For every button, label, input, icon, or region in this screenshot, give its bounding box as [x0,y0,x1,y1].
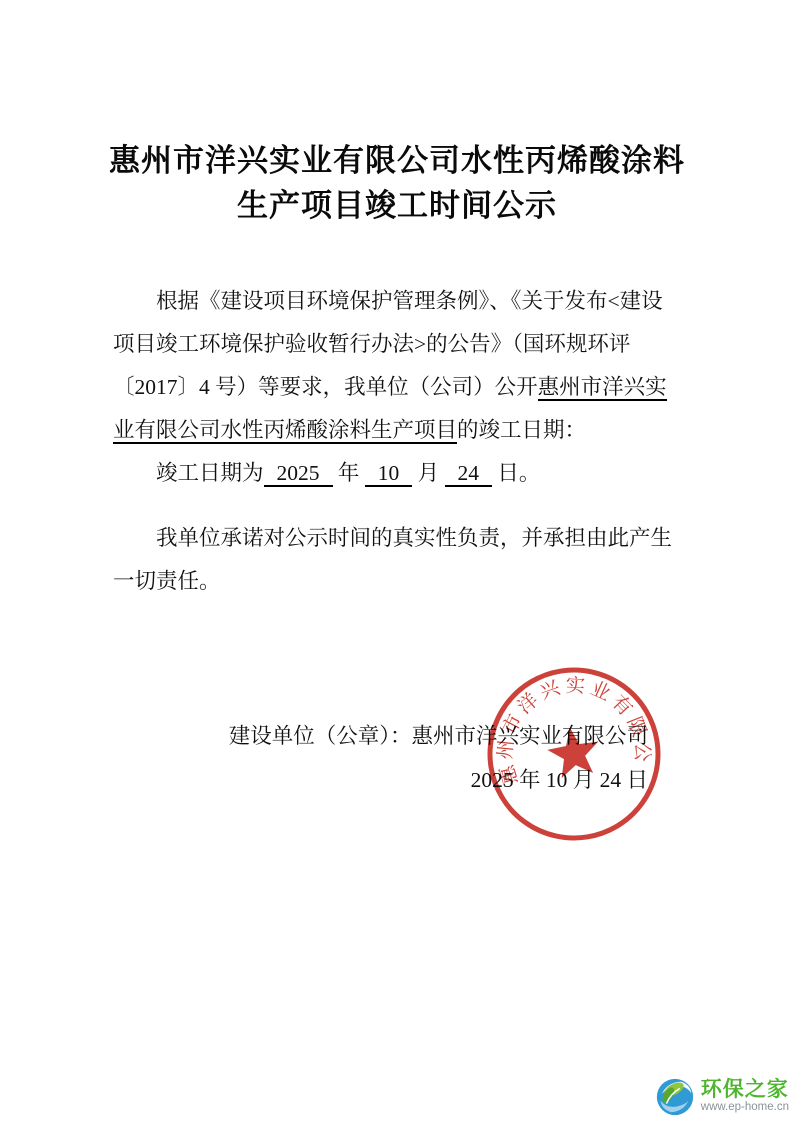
body-text: 的竣工日期： [457,418,586,442]
signature-date: 2025 年 10 月 24 日 [229,758,648,802]
logo-text: 环保之家 www.ep-home.cn [701,1079,789,1114]
body-text: 项目竣工环境保护验收暂行办法>的公告》（国环规环评 [113,332,630,356]
body-text: 一切责任。 [113,569,221,593]
project-name-underlined: 业有限公司水性丙烯酸涂料生产项目 [113,418,457,444]
completion-date-prefix: 竣工日期为 [156,461,264,485]
body-text: 根据《建设项目环境保护管理条例》、《关于发布<建设 [156,289,663,313]
title-line-1: 惠州市洋兴实业有限公司水性丙烯酸涂料 [0,138,794,183]
paragraph-line: 〔2017〕4 号）等要求，我单位（公司）公开惠州市洋兴实 [113,366,685,409]
paragraph-line: 我单位承诺对公示时间的真实性负责，并承担由此产生 [113,517,685,560]
signature-line: 建设单位（公章）：惠州市洋兴实业有限公司 [229,714,648,758]
ep-home-logo-icon [654,1075,696,1117]
paragraph-regulations: 根据《建设项目环境保护管理条例》、《关于发布<建设 项目竣工环境保护验收暂行办法… [113,280,685,495]
paragraph-line: 根据《建设项目环境保护管理条例》、《关于发布<建设 [113,280,685,323]
paragraph-commitment: 我单位承诺对公示时间的真实性负责，并承担由此产生 一切责任。 [113,517,685,603]
completion-month-value: 10 [365,461,413,487]
site-name: 环保之家 [701,1079,789,1100]
ep-home-watermark: 环保之家 www.ep-home.cn [654,1075,789,1117]
document-title: 惠州市洋兴实业有限公司水性丙烯酸涂料 生产项目竣工时间公示 [0,138,794,228]
year-unit: 年 [333,461,365,485]
completion-year-value: 2025 [264,461,333,487]
body-text: 〔2017〕4 号）等要求，我单位（公司）公开 [113,375,538,399]
completion-date-line: 竣工日期为2025 年 10 月 24 日。 [113,452,685,495]
title-line-2: 生产项目竣工时间公示 [0,183,794,228]
paragraph-line: 业有限公司水性丙烯酸涂料生产项目的竣工日期： [113,409,685,452]
month-unit: 月 [412,461,444,485]
project-name-underlined: 惠州市洋兴实 [538,375,667,401]
signature-company: 惠州市洋兴实业有限公司 [411,724,648,748]
body-text: 我单位承诺对公示时间的真实性负责，并承担由此产生 [156,526,672,550]
signature-label: 建设单位（公章）： [229,724,412,748]
paragraph-line: 一切责任。 [113,560,685,603]
document-page: 惠州市洋兴实业有限公司水性丙烯酸涂料 生产项目竣工时间公示 根据《建设项目环境保… [0,0,794,1123]
signature-block: 建设单位（公章）：惠州市洋兴实业有限公司 2025 年 10 月 24 日 [229,714,648,802]
day-unit: 日。 [492,461,540,485]
site-url: www.ep-home.cn [701,1102,789,1114]
completion-day-value: 24 [445,461,493,487]
paragraph-line: 项目竣工环境保护验收暂行办法>的公告》（国环规环评 [113,323,685,366]
